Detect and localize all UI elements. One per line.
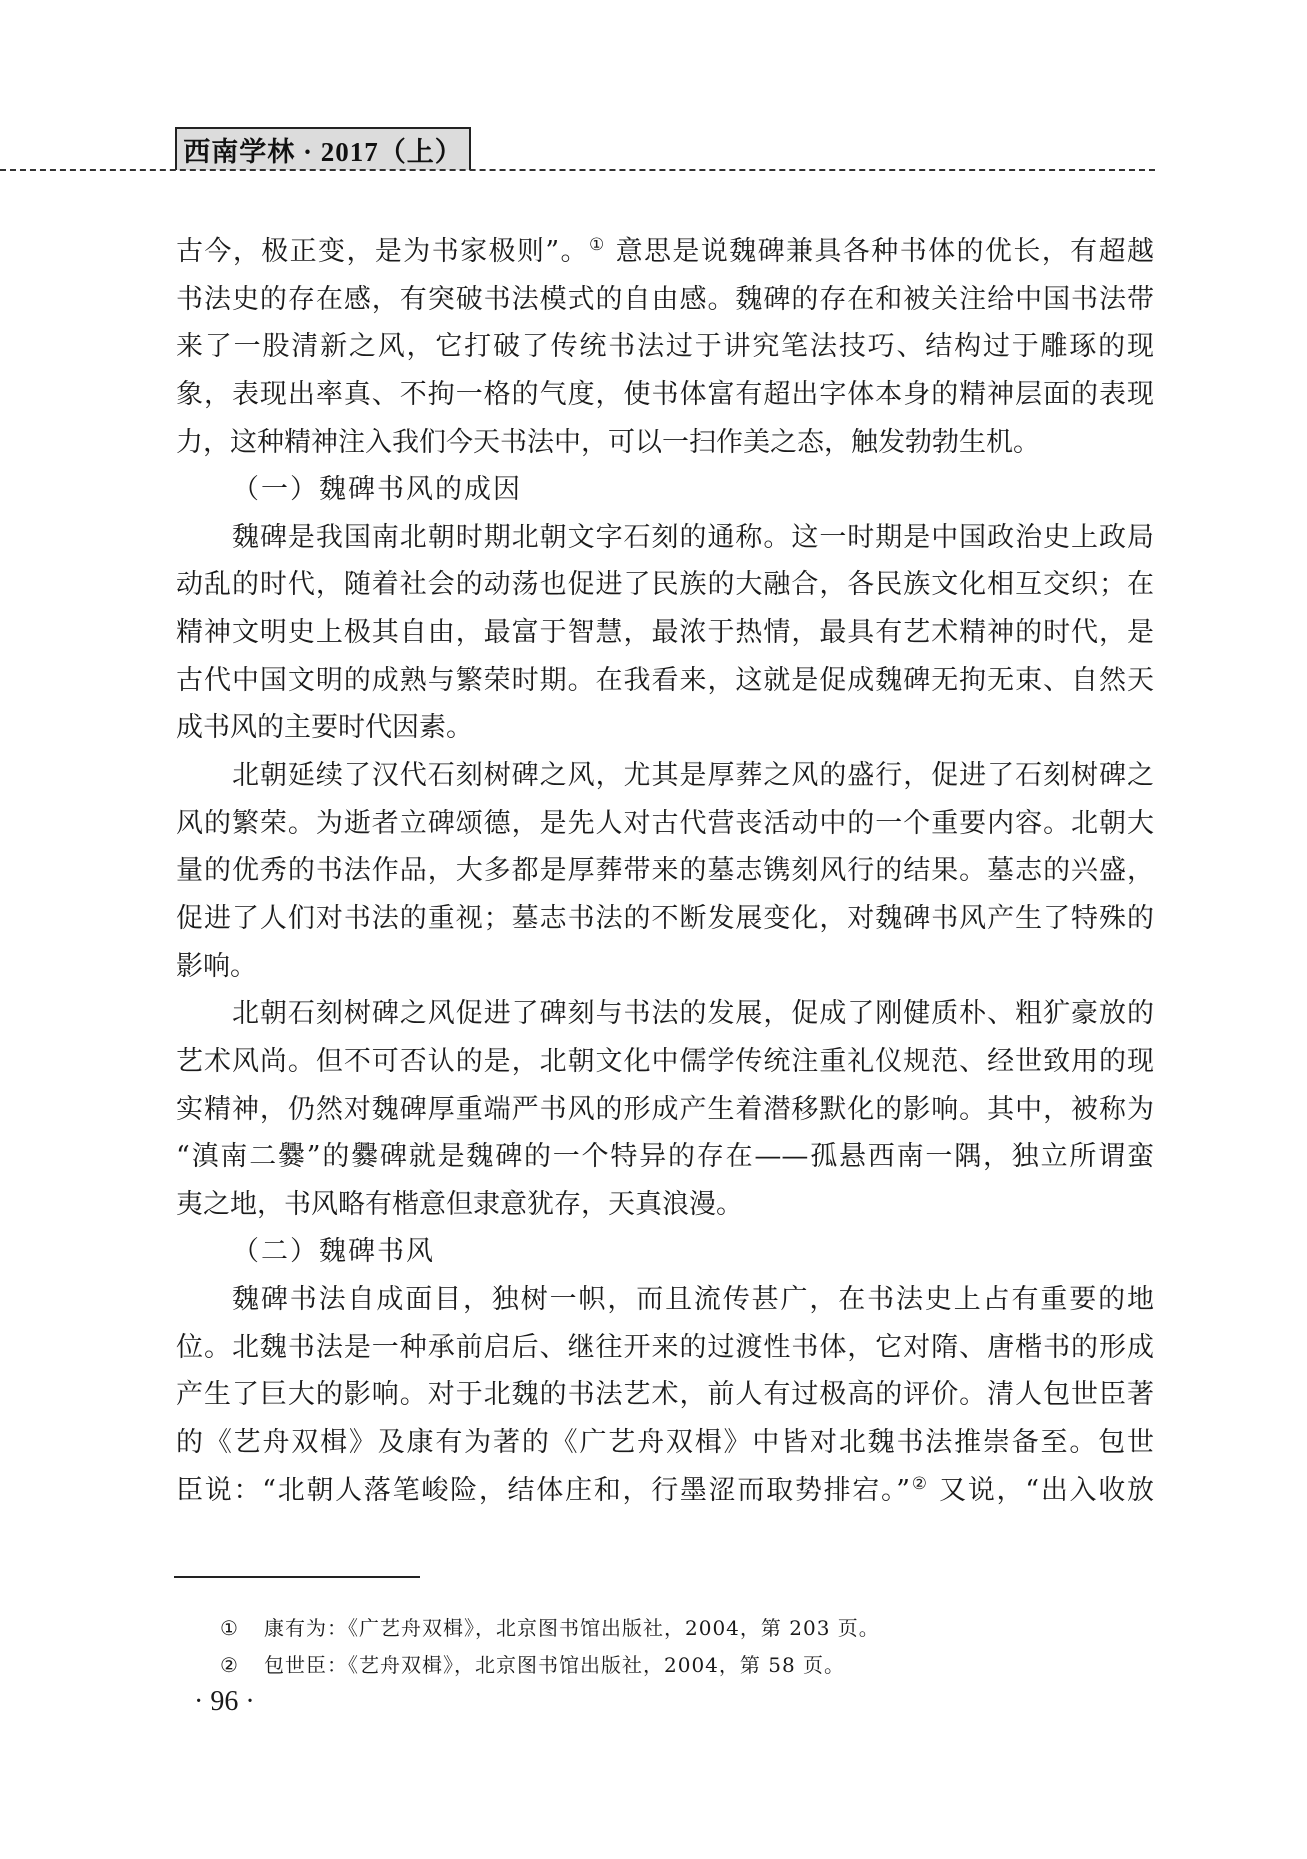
text-line: 北朝延续了汉代石刻树碑之风，尤其是厚葬之风的盛行，促进了石刻树碑之 bbox=[176, 752, 1154, 800]
text-line: 古代中国文明的成熟与繁荣时期。在我看来，这就是促成魏碑无拘无束、自然天 bbox=[176, 657, 1154, 705]
footnote-separator bbox=[174, 1576, 420, 1578]
footnote-reference[interactable]: ② bbox=[910, 1474, 929, 1494]
text-line: 力，这种精神注入我们今天书法中，可以一扫作美之态，触发勃勃生机。 bbox=[176, 419, 1154, 467]
text-line: 产生了巨大的影响。对于北魏的书法艺术，前人有过极高的评价。清人包世臣著 bbox=[176, 1371, 1154, 1419]
text-line: 成书风的主要时代因素。 bbox=[176, 704, 1154, 752]
running-head: 西南学林 · 2017（上） bbox=[175, 127, 471, 170]
text-line: 魏碑书法自成面目，独树一帜，而且流传甚广，在书法史上占有重要的地 bbox=[176, 1276, 1154, 1324]
text-line: 精神文明史上极其自由，最富于智慧，最浓于热情，最具有艺术精神的时代，是 bbox=[176, 609, 1154, 657]
footnote-text: 包世臣：《艺舟双楫》，北京图书馆出版社，2004，第 58 页。 bbox=[264, 1653, 845, 1677]
text-segment: 又说，“出入收放 bbox=[929, 1475, 1154, 1506]
section-heading: （二）魏碑书风 bbox=[176, 1228, 1154, 1276]
footnote-reference[interactable]: ① bbox=[589, 235, 606, 255]
footnote: ②包世臣：《艺舟双楫》，北京图书馆出版社，2004，第 58 页。 bbox=[220, 1647, 1120, 1684]
text-line: 影响。 bbox=[176, 943, 1154, 991]
text-segment: 古今，极正变，是为书家极则”。 bbox=[176, 236, 589, 267]
text-line: 来了一股清新之风，它打破了传统书法过于讲究笔法技巧、结构过于雕琢的现 bbox=[176, 323, 1154, 371]
text-line: 象，表现出率真、不拘一格的气度，使书体富有超出字体本身的精神层面的表现 bbox=[176, 371, 1154, 419]
text-line: 动乱的时代，随着社会的动荡也促进了民族的大融合，各民族文化相互交织；在 bbox=[176, 561, 1154, 609]
text-segment: 臣说：“北朝人落笔峻险，结体庄和，行墨涩而取势排宕。” bbox=[176, 1475, 910, 1506]
text-line: 实精神，仍然对魏碑厚重端严书风的形成产生着潜移默化的影响。其中，被称为 bbox=[176, 1086, 1154, 1134]
body-text: 古今，极正变，是为书家极则”。① 意思是说魏碑兼具各种书体的优长，有超越书法史的… bbox=[176, 228, 1154, 1514]
text-line: 夷之地，书风略有楷意但隶意犹存，天真浪漫。 bbox=[176, 1181, 1154, 1229]
text-line: 促进了人们对书法的重视；墓志书法的不断发展变化，对魏碑书风产生了特殊的 bbox=[176, 895, 1154, 943]
footnotes: ①康有为：《广艺舟双楫》，北京图书馆出版社，2004，第 203 页。②包世臣：… bbox=[220, 1610, 1120, 1684]
text-line: 北朝石刻树碑之风促进了碑刻与书法的发展，促成了刚健质朴、粗犷豪放的 bbox=[176, 990, 1154, 1038]
text-line: 量的优秀的书法作品，大多都是厚葬带来的墓志镌刻风行的结果。墓志的兴盛， bbox=[176, 847, 1154, 895]
text-line: 位。北魏书法是一种承前启后、继往开来的过渡性书体，它对隋、唐楷书的形成 bbox=[176, 1324, 1154, 1372]
section-heading: （一）魏碑书风的成因 bbox=[176, 466, 1154, 514]
footnote-mark: ② bbox=[220, 1647, 264, 1684]
footnote-mark: ① bbox=[220, 1610, 264, 1647]
page-number: · 96 · bbox=[194, 1684, 255, 1720]
text-line: 艺术风尚。但不可否认的是，北朝文化中儒学传统注重礼仪规范、经世致用的现 bbox=[176, 1038, 1154, 1086]
footnote: ①康有为：《广艺舟双楫》，北京图书馆出版社，2004，第 203 页。 bbox=[220, 1610, 1120, 1647]
text-segment: 意思是说魏碑兼具各种书体的优长，有超越 bbox=[606, 236, 1154, 267]
text-line: 的《艺舟双楫》及康有为著的《广艺舟双楫》中皆对北魏书法推崇备至。包世 bbox=[176, 1419, 1154, 1467]
text-line: 臣说：“北朝人落笔峻险，结体庄和，行墨涩而取势排宕。”② 又说，“出入收放 bbox=[176, 1467, 1154, 1515]
text-line: “滇南二爨”的爨碑就是魏碑的一个特异的存在——孤悬西南一隅，独立所谓蛮 bbox=[176, 1133, 1154, 1181]
journal-title: 西南学林 · 2017（上） bbox=[183, 130, 463, 169]
text-line: 风的繁荣。为逝者立碑颂德，是先人对古代营丧活动中的一个重要内容。北朝大 bbox=[176, 800, 1154, 848]
text-line: 魏碑是我国南北朝时期北朝文字石刻的通称。这一时期是中国政治史上政局 bbox=[176, 514, 1154, 562]
text-line: 书法史的存在感，有突破书法模式的自由感。魏碑的存在和被关注给中国书法带 bbox=[176, 276, 1154, 324]
text-line: 古今，极正变，是为书家极则”。① 意思是说魏碑兼具各种书体的优长，有超越 bbox=[176, 228, 1154, 276]
footnote-text: 康有为：《广艺舟双楫》，北京图书馆出版社，2004，第 203 页。 bbox=[264, 1616, 880, 1640]
header-dashed-rule bbox=[0, 169, 1155, 171]
